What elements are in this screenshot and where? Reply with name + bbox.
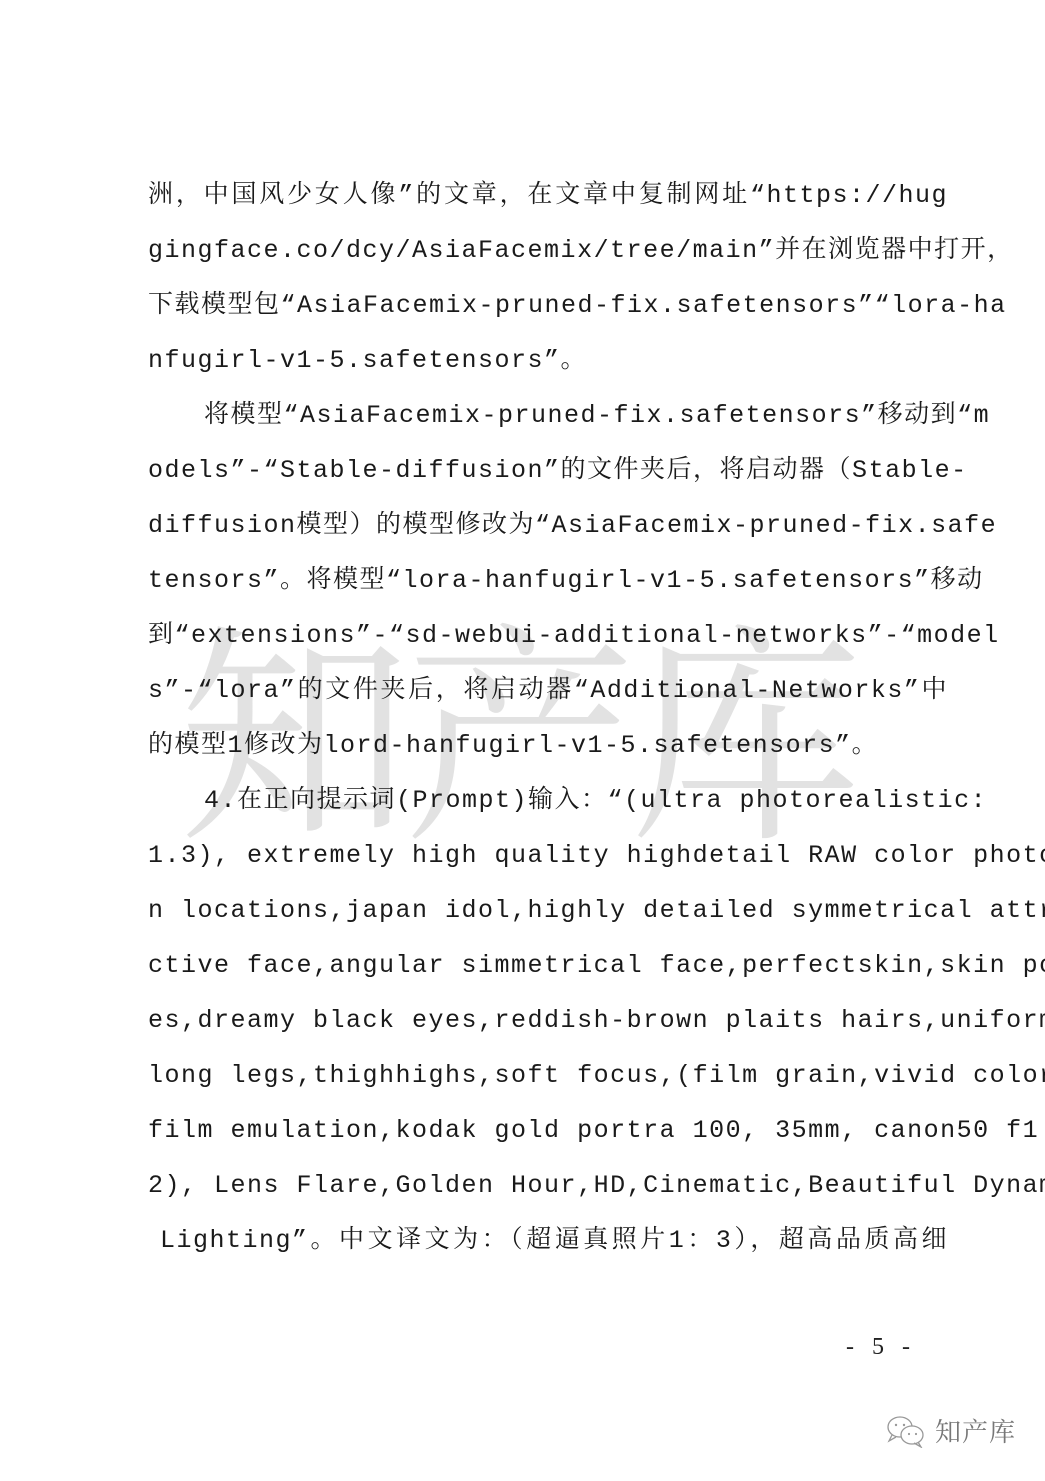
- text-line: 到“extensions”-“sd-webui-additional-netwo…: [148, 608, 948, 663]
- text-line: 洲，中国风少女人像”的文章，在文章中复制网址“https://hug: [148, 168, 948, 223]
- text-line: gingface.co/dcy/AsiaFacemix/tree/main”并在…: [148, 223, 948, 278]
- text-line: 1.3), extremely high quality highdetail …: [148, 828, 948, 883]
- paragraph-start-line: 将模型“AsiaFacemix-pruned-fix.safetensors”移…: [148, 388, 948, 443]
- text-line: n locations,japan idol,highly detailed s…: [148, 883, 948, 938]
- text-line: Lighting”。中文译文为：（超逼真照片1：3），超高品质高细: [148, 1213, 948, 1268]
- text-line: diffusion模型）的模型修改为“AsiaFacemix-pruned-fi…: [148, 498, 948, 553]
- text-line: film emulation,kodak gold portra 100, 35…: [148, 1103, 948, 1158]
- brand-name: 知产库: [935, 1412, 1016, 1449]
- text-line: 的模型1修改为lord-hanfugirl-v1-5.safetensors”。: [148, 718, 948, 773]
- document-body: 洲，中国风少女人像”的文章，在文章中复制网址“https://hug gingf…: [148, 168, 948, 1268]
- text-line: 下载模型包“AsiaFacemix-pruned-fix.safetensors…: [148, 278, 948, 333]
- text-line: tensors”。将模型“lora-hanfugirl-v1-5.safeten…: [148, 553, 948, 608]
- text-line: odels”-“Stable-diffusion”的文件夹后，将启动器（Stab…: [148, 443, 948, 498]
- footer-brand: 知产库: [885, 1412, 1016, 1449]
- text-line: es,dreamy black eyes,reddish-brown plait…: [148, 993, 948, 1048]
- text-line: nfugirl-v1-5.safetensors”。: [148, 333, 948, 388]
- page-number: - 5 -: [846, 1334, 916, 1361]
- text-line: long legs,thighhighs,soft focus,(film gr…: [148, 1048, 948, 1103]
- paragraph-start-line: 4.在正向提示词(Prompt)输入：“(ultra photorealisti…: [148, 773, 948, 828]
- text-line: s”-“lora”的文件夹后，将启动器“Additional-Networks”…: [148, 663, 948, 718]
- wechat-icon: [885, 1414, 927, 1448]
- text-line: 2), Lens Flare,Golden Hour,HD,Cinematic,…: [148, 1158, 948, 1213]
- text-line: ctive face,angular simmetrical face,perf…: [148, 938, 948, 993]
